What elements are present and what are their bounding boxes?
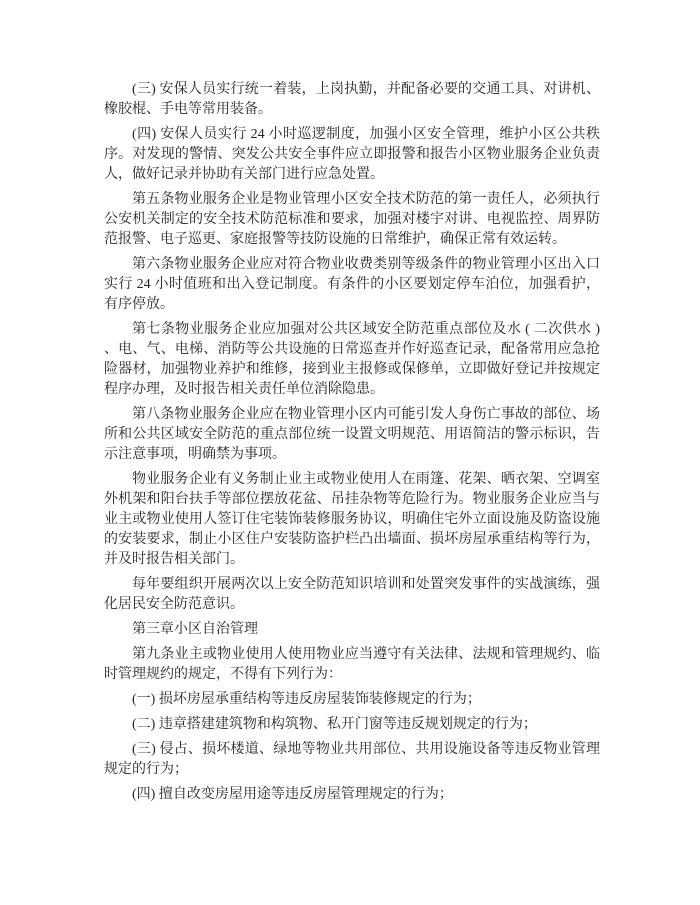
paragraph: (三) 安保人员实行统一着装，上岗执勤，并配备必要的交通工具、对讲机、橡胶棍、手… [104, 80, 600, 120]
paragraph: (一) 损坏房屋承重结构等违反房屋装饰装修规定的行为； [104, 690, 600, 710]
paragraph: 物业服务企业有义务制止业主或物业使用人在雨篷、花架、晒衣架、空调室外机架和阳台扶… [104, 470, 600, 570]
paragraph: 第七条物业服务企业应加强对公共区域安全防范重点部位及水 ( 二次供水 ) 、电、… [104, 320, 600, 400]
paragraph: 第六条物业服务企业应对符合物业收费类别等级条件的物业管理小区出入口实行 24 小… [104, 255, 600, 315]
document-page: (三) 安保人员实行统一着装，上岗执勤，并配备必要的交通工具、对讲机、橡胶棍、手… [0, 0, 700, 905]
chapter-heading: 第三章小区自治管理 [104, 620, 600, 640]
paragraph: 第五条物业服务企业是物业管理小区安全技术防范的第一责任人，必须执行公安机关制定的… [104, 190, 600, 250]
paragraph: (四) 擅自改变房屋用途等违反房屋管理规定的行为； [104, 785, 600, 805]
paragraph: (四) 安保人员实行 24 小时巡逻制度，加强小区安全管理，维护小区公共秩序。对… [104, 125, 600, 185]
paragraph: (二) 违章搭建建筑物和构筑物、私开门窗等违反规划规定的行为； [104, 715, 600, 735]
paragraph: 每年要组织开展两次以上安全防范知识培训和处置突发事件的实战演练，强化居民安全防范… [104, 575, 600, 615]
paragraph: 第八条物业服务企业应在物业管理小区内可能引发人身伤亡事故的部位、场所和公共区域安… [104, 405, 600, 465]
document-body: (三) 安保人员实行统一着装，上岗执勤，并配备必要的交通工具、对讲机、橡胶棍、手… [104, 80, 600, 805]
paragraph: (三) 侵占、损坏楼道、绿地等物业共用部位、共用设施设备等违反物业管理规定的行为… [104, 740, 600, 780]
paragraph: 第九条业主或物业使用人使用物业应当遵守有关法律、法规和管理规约、临时管理规约的规… [104, 645, 600, 685]
